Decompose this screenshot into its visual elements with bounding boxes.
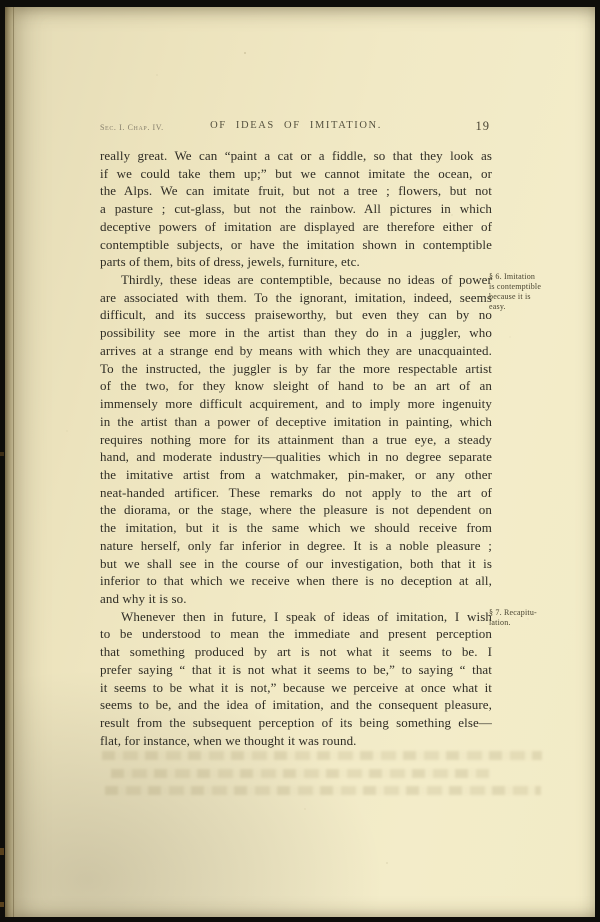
binding-fleck — [0, 452, 4, 456]
binding-fleck — [0, 902, 4, 907]
scanned-book-page: Sec. I. Chap. IV. OF IDEAS OF IMITATION.… — [0, 0, 600, 922]
paper-speckles — [5, 7, 595, 917]
book-page: Sec. I. Chap. IV. OF IDEAS OF IMITATION.… — [5, 7, 595, 917]
binding-fleck — [0, 848, 4, 855]
